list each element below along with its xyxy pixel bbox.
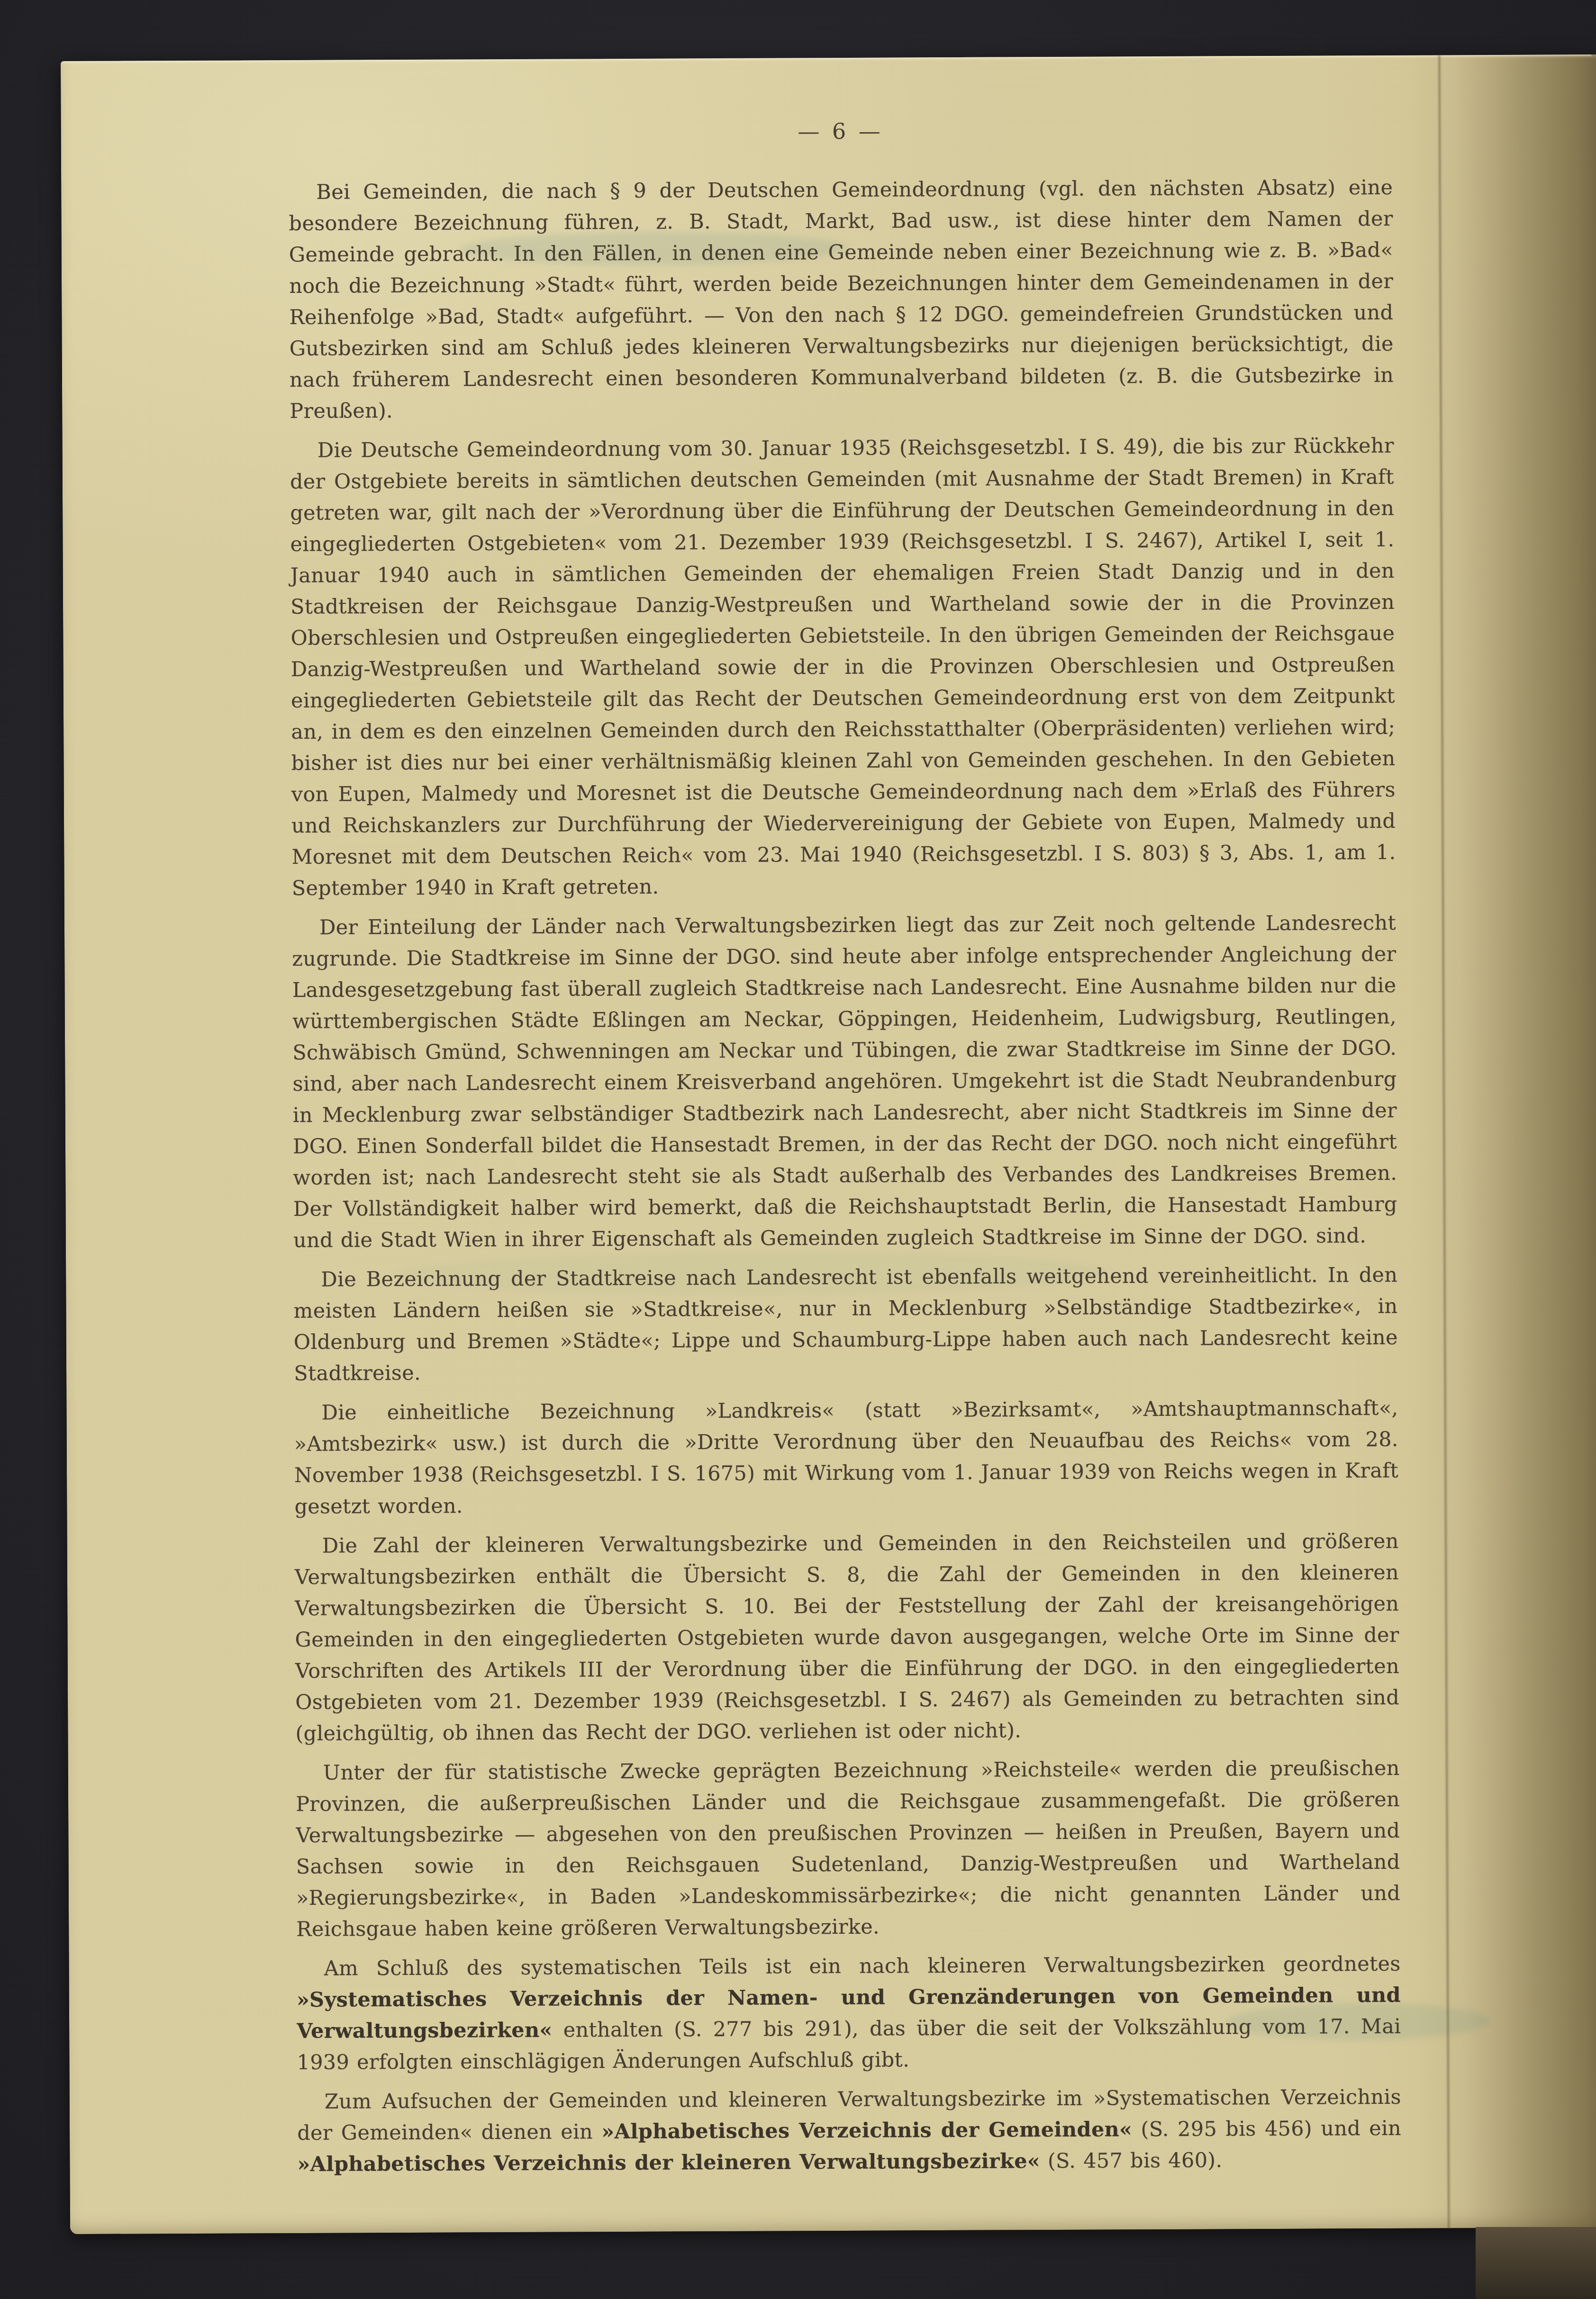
paragraph-run: (S. 457 bis 460). xyxy=(1040,2148,1223,2173)
paragraph: Am Schluß des systematischen Teils ist e… xyxy=(296,1948,1401,2078)
paragraph: Zum Aufsuchen der Gemeinden und kleinere… xyxy=(297,2082,1402,2180)
paragraph: Die Zahl der kleineren Verwaltungsbezirk… xyxy=(295,1526,1400,1749)
paragraph-bold-run: »Alphabetisches Verzeichnis der kleinere… xyxy=(297,2149,1040,2176)
paragraph-run: Unter der für statistische Zwecke gepräg… xyxy=(296,1756,1400,1941)
paragraph: Bei Gemeinden, die nach § 9 der Deutsche… xyxy=(289,172,1394,427)
scan-background: — 6 — Bei Gemeinden, die nach § 9 der De… xyxy=(0,0,1596,2299)
paragraph-run: Am Schluß des systematischen Teils ist e… xyxy=(324,1952,1400,1981)
paragraph: Die Deutsche Gemeindeordnung vom 30. Jan… xyxy=(290,430,1396,904)
paragraph-run: Der Einteilung der Länder nach Verwaltun… xyxy=(292,911,1397,1252)
paragraph-run: Die einheitliche Bezeichnung »Landkreis«… xyxy=(294,1396,1398,1519)
page-number: — 6 — xyxy=(289,116,1393,146)
page-top-edge-highlight xyxy=(63,54,1592,63)
paragraph-run: Die Bezeichnung der Stadtkreise nach Lan… xyxy=(293,1263,1397,1385)
paragraph-run: Bei Gemeinden, die nach § 9 der Deutsche… xyxy=(289,176,1394,423)
book-edge xyxy=(1476,2227,1596,2299)
paragraph: Unter der für statistische Zwecke gepräg… xyxy=(296,1753,1401,1945)
page-fold-shadow xyxy=(1437,55,1451,2228)
paragraph: Die einheitliche Bezeichnung »Landkreis«… xyxy=(294,1393,1398,1522)
paragraph-run: Die Deutsche Gemeindeordnung vom 30. Jan… xyxy=(290,434,1396,900)
paragraph-bold-run: »Alphabetisches Verzeichnis der Gemeinde… xyxy=(601,2118,1132,2144)
paragraph: Der Einteilung der Länder nach Verwaltun… xyxy=(292,907,1397,1256)
paragraph-run: Die Zahl der kleineren Verwaltungsbezirk… xyxy=(295,1530,1399,1746)
paragraph: Die Bezeichnung der Stadtkreise nach Lan… xyxy=(293,1259,1398,1389)
paragraph-run: (S. 295 bis 456) und ein xyxy=(1132,2117,1401,2141)
document-page: — 6 — Bei Gemeinden, die nach § 9 der De… xyxy=(61,54,1596,2234)
text-column: Bei Gemeinden, die nach § 9 der Deutsche… xyxy=(289,172,1402,2188)
